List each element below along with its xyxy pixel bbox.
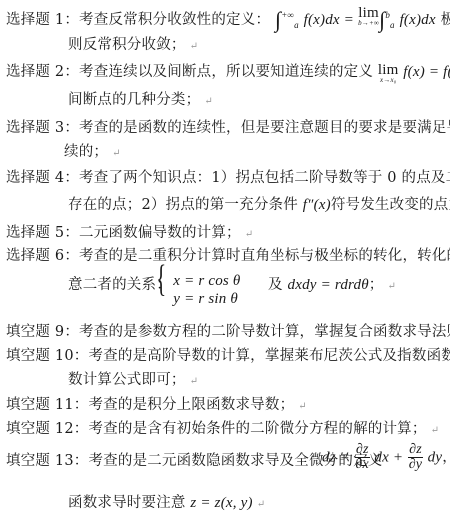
item-label: 选择题 3：	[6, 120, 79, 136]
second-derivative-formula: f″(x)	[303, 197, 331, 213]
item-label: 选择题 1：	[6, 12, 79, 28]
item-text: 考查反常积分收敛性的定义：	[79, 12, 270, 28]
area-element-formula: 及 dxdy = rdrdθ；↵	[268, 276, 396, 296]
brace-icon: {	[156, 260, 166, 298]
return-mark-icon: ↵	[431, 425, 440, 436]
numerator: ∂z	[408, 443, 423, 458]
item-text: 函数求导时要注意	[68, 495, 186, 511]
item-choice-2-continued: 间断点的几种分类；↵	[68, 91, 213, 111]
integral-sign-icon: ∫	[275, 7, 281, 32]
system-lines: x = r cos θ y = r sin θ	[173, 272, 240, 308]
return-mark-icon: ↵	[245, 229, 254, 240]
upper-limit: +∞	[281, 10, 294, 20]
return-mark-icon: ↵	[190, 41, 199, 52]
item-text: 考查的是二重积分计算时直角坐标与极坐标的转化，转化的时候要注	[79, 248, 450, 264]
return-mark-icon: ↵	[298, 401, 307, 412]
item-text: 续的；	[64, 144, 108, 160]
item-choice-4-continued: 存在的点；2）拐点的第一充分条件 f″(x)符号发生改变的点为拐点；↵	[68, 196, 450, 216]
item-fill-10-continued: 数计算公式即可；↵	[68, 371, 198, 391]
item-choice-1-continued: 则反常积分收敛；↵	[68, 36, 198, 56]
item-choice-4: 选择题 4：考查了两个知识点：1）拐点包括二阶导数等于 0 的点及二阶导数不	[6, 169, 450, 187]
item-choice-2: 选择题 2：考查连续以及间断点，所以要知道连续的定义 limx→x₀ f(x) …	[6, 63, 450, 84]
continuity-formula: f(x) = f(x₀)	[403, 64, 450, 80]
implicit-function-formula: z = z(x, y)	[190, 495, 252, 511]
item-label: 填空题 11：	[6, 397, 88, 413]
limit: limx→x₀	[378, 63, 399, 84]
item-text: 考查的是函数的连续性，但是要注意题目的要求是要满足导函数是连	[79, 120, 450, 136]
integrand: f(x)dx	[400, 12, 436, 28]
integral-sign-icon: ∫	[379, 7, 385, 32]
item-label: 选择题 4：	[6, 170, 79, 186]
item-text: 考查的是积分上限函数求导数；	[88, 397, 294, 413]
upper-limit: b	[385, 10, 390, 20]
item-text: 考查的是参数方程的二阶导数计算，掌握复合函数求导法则即可；	[79, 324, 450, 340]
item-label: 填空题 9：	[6, 324, 79, 340]
lim-word: lim	[378, 63, 399, 77]
item-label: 填空题 12：	[6, 421, 88, 437]
dx-term: dx +	[374, 450, 403, 466]
item-text: 考查的是高阶导数的计算，掌握莱布尼茨公式及指数函数的高阶导	[88, 348, 450, 364]
lim-sub: x→x₀	[378, 77, 399, 84]
lower-limit: a	[294, 20, 299, 30]
item-label: 选择题 5：	[6, 225, 79, 241]
polar-system-formula: { x = r cos θ y = r sin θ	[156, 262, 240, 308]
item-text: 则反常积分收敛；	[68, 37, 186, 53]
item-choice-1: 选择题 1：考查反常积分收敛性的定义： ∫+∞a f(x)dx = limb→+…	[6, 6, 450, 34]
lim-word: lim	[358, 6, 379, 20]
lim-sub: b→+∞	[358, 20, 379, 27]
dy-term: dy	[428, 450, 443, 466]
item-text: 间断点的几种分类；	[68, 92, 200, 108]
return-mark-icon: ↵	[257, 499, 266, 510]
limit: limb→+∞	[358, 6, 379, 27]
total-differential-formula: dz = ∂z∂x dx + ∂z∂y dy，隐	[322, 443, 450, 472]
improper-integral-formula: ∫+∞a f(x)dx = limb→+∞∫ba f(x)dx	[275, 12, 441, 28]
item-text: 数计算公式即可；	[68, 372, 186, 388]
item-fill-12: 填空题 12：考查的是含有初始条件的二阶微分方程的解的计算；↵	[6, 420, 439, 440]
denominator: ∂y	[408, 458, 423, 472]
item-text: 存在的点；2）拐点的第一充分条件	[68, 197, 298, 213]
item-text: ，隐	[442, 450, 450, 466]
equals: =	[345, 12, 354, 28]
item-text: 考查的是含有初始条件的二阶微分方程的解的计算；	[88, 421, 426, 437]
item-text: 及	[268, 277, 283, 293]
item-label: 选择题 2：	[6, 64, 79, 80]
jacobian-formula: dxdy = rdrdθ	[288, 277, 369, 293]
item-text: 极限存在，	[441, 12, 450, 28]
item-text: ；	[369, 277, 384, 293]
return-mark-icon: ↵	[204, 96, 213, 107]
integrand: f(x)dx	[304, 12, 340, 28]
item-fill-9: 填空题 9：考查的是参数方程的二阶导数计算，掌握复合函数求导法则即可；↵	[6, 323, 450, 343]
partial-z-x: ∂z∂x	[355, 443, 370, 472]
item-fill-11: 填空题 11：考查的是积分上限函数求导数；↵	[6, 396, 307, 416]
item-choice-3: 选择题 3：考查的是函数的连续性，但是要注意题目的要求是要满足导函数是连	[6, 119, 450, 137]
denominator: ∂x	[355, 458, 370, 472]
item-text: 符号发生改变的点为拐点；	[331, 197, 450, 213]
item-choice-3-continued: 续的；↵	[64, 143, 121, 163]
return-mark-icon: ↵	[190, 376, 199, 387]
item-label: 填空题 13：	[6, 453, 88, 469]
numerator: ∂z	[355, 443, 370, 458]
item-fill-10: 填空题 10：考查的是高阶导数的计算，掌握莱布尼茨公式及指数函数的高阶导	[6, 347, 450, 365]
item-choice-5: 选择题 5：二元函数偏导数的计算；↵	[6, 224, 253, 244]
item-fill-13-continued: 函数求导时要注意 z = z(x, y)↵	[68, 494, 265, 514]
item-text: 考查了两个知识点：1）拐点包括二阶导数等于 0 的点及二阶导数不	[79, 170, 450, 186]
system-eq-x: x = r cos θ	[173, 272, 240, 290]
lower-limit: a	[390, 20, 395, 30]
item-text: 二元函数偏导数的计算；	[79, 225, 241, 241]
item-label: 选择题 6：	[6, 248, 79, 264]
item-label: 填空题 10：	[6, 348, 88, 364]
system-eq-y: y = r sin θ	[173, 290, 240, 308]
partial-z-y: ∂z∂y	[408, 443, 423, 472]
return-mark-icon: ↵	[112, 148, 121, 159]
item-text: 考查连续以及间断点，所以要知道连续的定义	[79, 64, 373, 80]
dz-term: dz =	[322, 450, 350, 466]
return-mark-icon: ↵	[388, 281, 397, 292]
